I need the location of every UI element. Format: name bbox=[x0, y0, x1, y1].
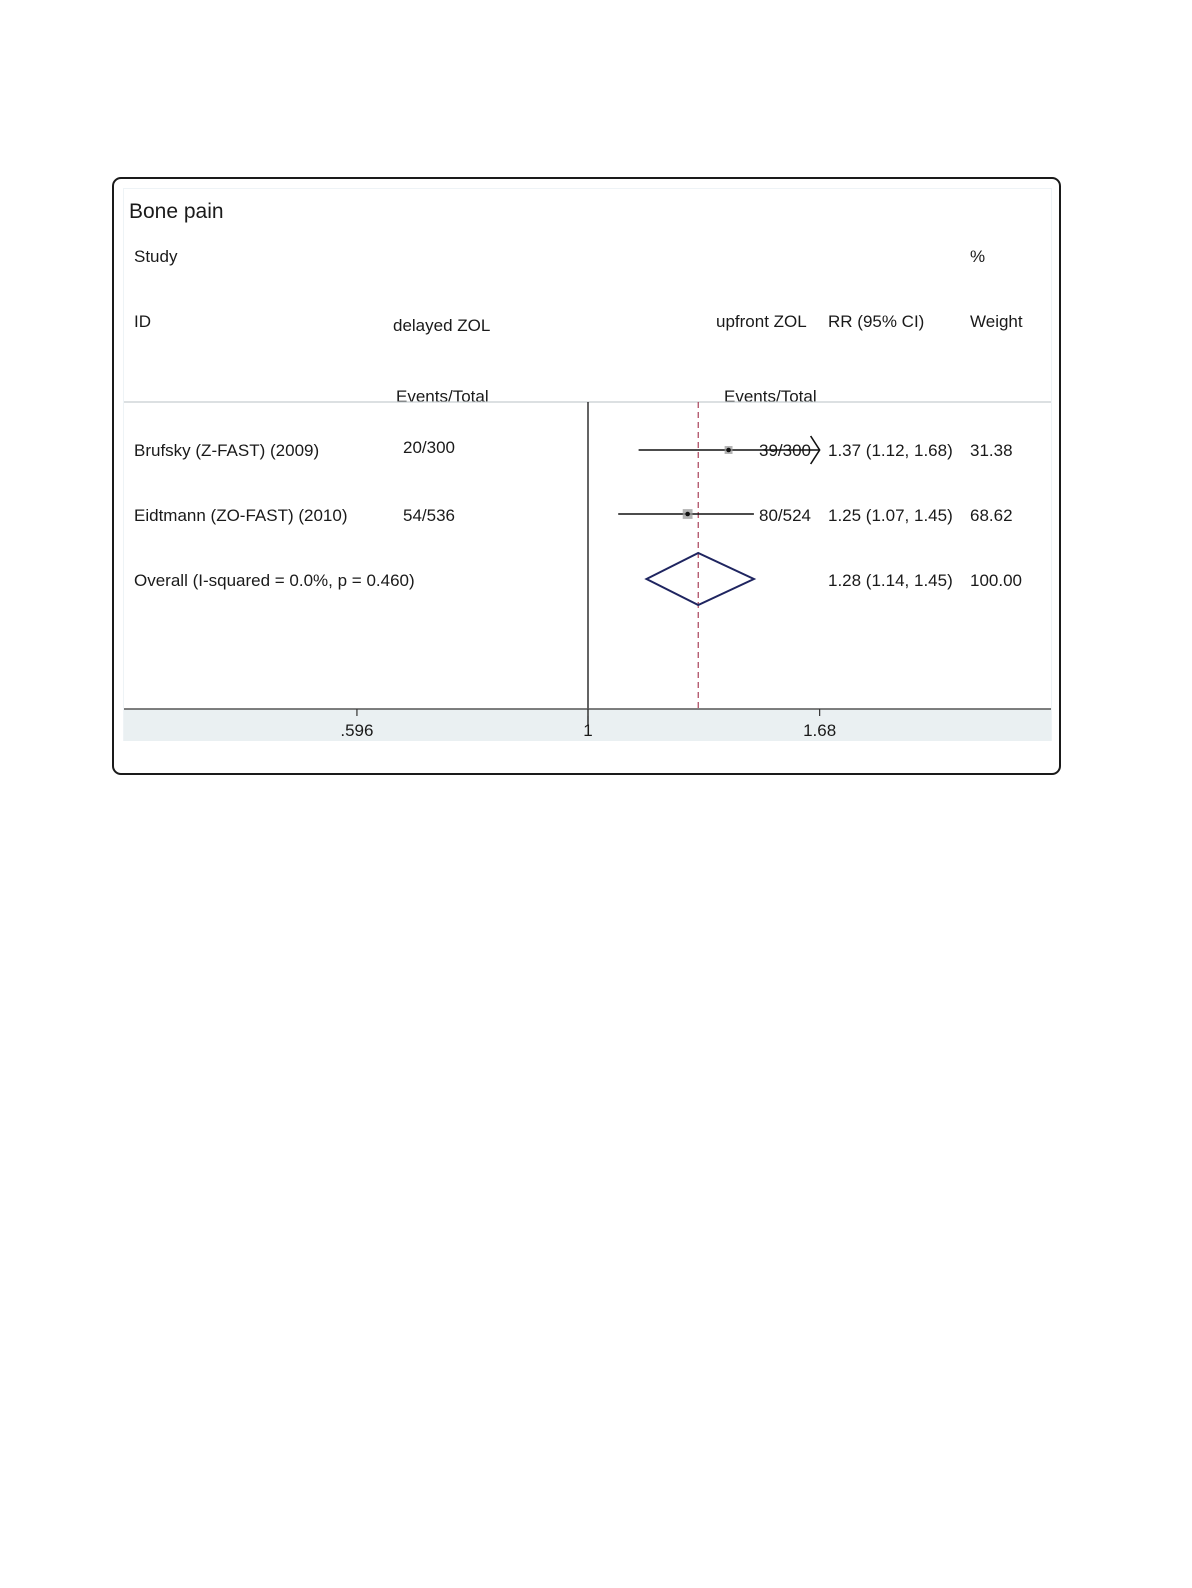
point-estimate bbox=[726, 448, 731, 453]
forest-plot: .59611.68 bbox=[0, 0, 1192, 800]
overall-diamond bbox=[647, 553, 754, 605]
point-estimate bbox=[685, 512, 690, 517]
x-tick-label: 1.68 bbox=[803, 721, 836, 740]
x-tick-label: 1 bbox=[583, 721, 592, 740]
x-tick-label: .596 bbox=[340, 721, 373, 740]
